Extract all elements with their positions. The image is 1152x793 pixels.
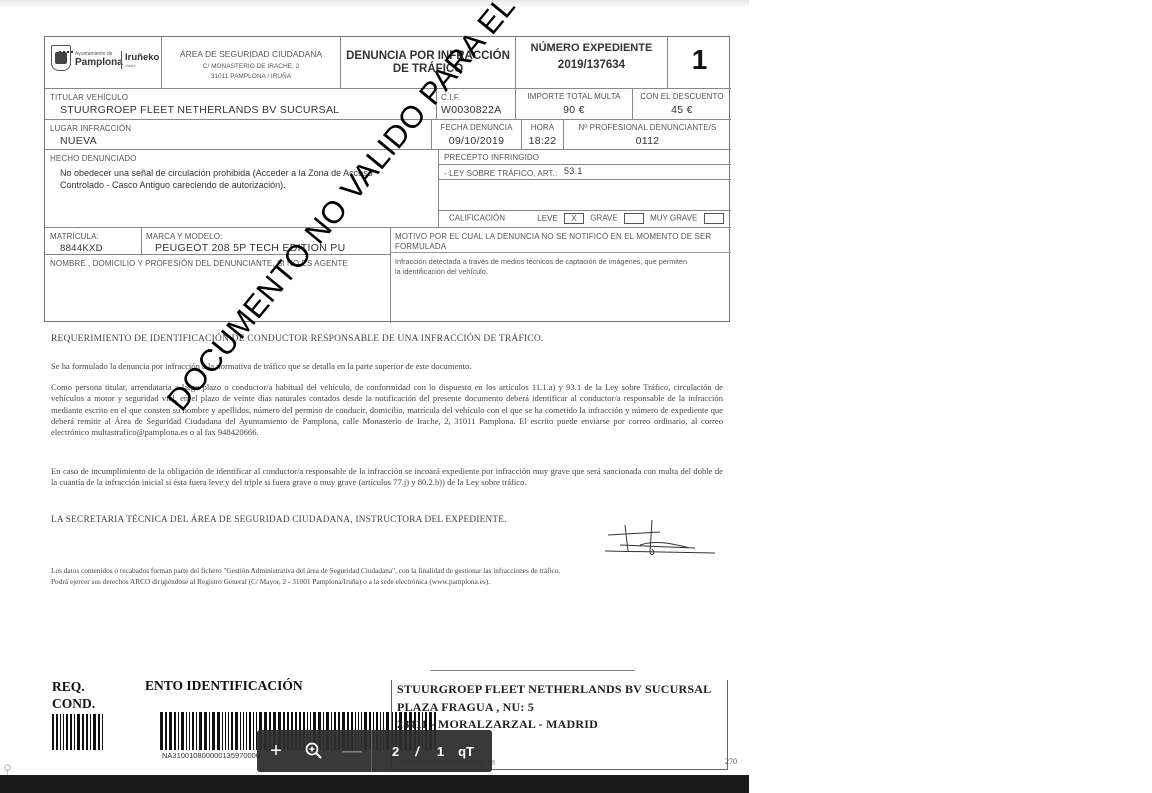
area-cell: ÁREA DE SEGURIDAD CIUDADANA C/ MONASTERI… [162,37,341,89]
copy-number-cell: 1 [668,37,731,89]
matricula-label: MATRÍCULA: [50,232,99,241]
minus-icon: — [342,740,362,763]
plus-icon: + [270,740,282,763]
hecho-label: HECHO DENUNCIADO [50,154,137,163]
signature-icon [600,515,720,560]
privacy-line-1: Los datos contenidos o recabados forman … [51,566,731,577]
precepto-blank-cell [439,180,731,211]
area-title: ÁREA DE SEGURIDAD CIUDADANA [162,49,340,59]
motivo-label-2: FORMULADA [395,242,446,251]
zoom-in-button[interactable]: + [257,730,295,772]
titular-cell: TITULAR VEHÍCULO STUURGROEP FLEET NETHER… [45,89,437,120]
area-address-2: 31011 PAMPLONA / IRUÑA [162,73,340,80]
calificacion-row: CALIFICACIÓN LEVE X GRAVE MUY GRAVE [449,213,728,224]
barcode-left [52,714,105,750]
scan-artifact-icon: ⚲ [3,762,12,775]
hora-value: 18:22 [522,135,563,147]
requerimiento-title: REQUERIMIENTO DE IDENTIFICACIÓN DE CONDU… [51,334,543,344]
fecha-value: 09/10/2019 [432,135,521,147]
logo-cell: Ayuntamiento de Pamplona Iruñeko Udala [45,37,162,89]
precepto-value: - LEY SOBRE TRÁFICO, ART.: [444,169,557,178]
viewer-bottom-bar [0,775,749,793]
expediente-cell: NÚMERO EXPEDIENTE 2019/137634 [516,37,668,89]
hecho-line-2: Controlado - Casco Antiguo careciendo de… [60,180,286,190]
nombre-cell: NOMBRE , DOMICILIO Y PROFESIÓN DEL DENUN… [45,255,391,323]
magnifier-plus-icon [305,742,323,760]
fecha-cell: FECHA DENUNCIA 09/10/2019 [432,120,522,150]
page-code: 270 [725,757,737,766]
zoom-out-button[interactable]: — [333,730,371,772]
page-separator: / [415,744,419,759]
expediente-value: 2019/137634 [516,59,667,71]
paragraph-2: Como persona titular, arrendataria a lar… [51,382,723,438]
paragraph-1: Se ha formulado la denuncia por infracci… [51,361,723,372]
descuento-cell: CON EL DESCUENTO 45 € [633,89,731,120]
matricula-value: 8844KXD [60,243,103,254]
recipient-name: STUURGROEP FLEET NETHERLANDS BV SUCURSAL [397,682,711,697]
slip-title-left-1: REQ. [52,679,85,695]
expediente-label: NÚMERO EXPEDIENTE [516,42,667,54]
importe-cell: IMPORTE TOTAL MULTA 90 € [516,89,633,120]
calificacion-label: CALIFICACIÓN [449,214,505,223]
muy-grave-label: MUY GRAVE [650,214,697,223]
calificacion-cell: CALIFICACIÓN LEVE X GRAVE MUY GRAVE [439,211,731,228]
rotate-button[interactable]: qT [458,744,474,759]
profesional-label: Nº PROFESIONAL DENUNCIANTE/S [564,123,731,132]
pdf-viewer-toolbar: + — 2 / 1 qT [257,730,492,772]
descuento-value: 45 € [633,104,731,116]
precepto-value-cell: - LEY SOBRE TRÁFICO, ART.: 53.1 [439,165,731,180]
area-address-1: C/ MONASTERIO DE IRACHE, 2 [162,63,340,70]
logo-basque-sub: Udala [125,63,135,68]
precepto-label-cell: PRECEPTO INFRINGIDO [439,150,731,165]
profesional-cell: Nº PROFESIONAL DENUNCIANTE/S 0112 [564,120,731,150]
paragraph-3: En caso de incumplimiento de la obligaci… [51,466,723,489]
descuento-label: CON EL DESCUENTO [633,92,731,101]
document-page: Ayuntamiento de Pamplona Iruñeko Udala Á… [0,0,749,775]
slip-title-right: ENTO IDENTIFICACIÓN [145,678,303,694]
precepto-article: 53.1 [564,166,583,176]
hora-cell: HORA 18:22 [522,120,564,150]
logo-basque: Iruñeko [125,52,159,63]
fecha-label: FECHA DENUNCIA [432,123,521,132]
copy-number: 1 [668,44,731,76]
recipient-street: PLAZA FRAGUA , NU: 5 [397,700,534,715]
grave-label: GRAVE [590,214,617,223]
grave-checkbox [624,213,644,224]
importe-value: 90 € [516,104,632,116]
precepto-label: PRECEPTO INFRINGIDO [444,153,539,162]
hecho-line-1: No obedecer una señal de circulación pro… [60,168,373,178]
page-indicator: 2 / 1 qT [372,744,474,759]
leve-checkbox: X [564,213,584,224]
slip-divider [430,670,635,671]
profesional-value: 0112 [564,135,731,147]
titular-value: STUURGROEP FLEET NETHERLANDS BV SUCURSAL [60,104,339,116]
lugar-label: LUGAR INFRACCIÓN [50,124,131,133]
leve-label: LEVE [537,214,557,223]
signatory: LA SECRETARIA TÉCNICA DEL ÁREA DE SEGURI… [51,515,507,525]
cif-value: W0030822A [441,104,502,116]
total-pages: 1 [437,744,444,759]
motivo-cell: MOTIVO POR EL CUAL LA DENUNCIA NO SE NOT… [391,228,731,323]
hora-label: HORA [522,123,563,132]
logo-city: Pamplona [75,57,123,68]
titular-label: TITULAR VEHÍCULO [50,93,128,102]
motivo-label-1: MOTIVO POR EL CUAL LA DENUNCIA NO SE NOT… [395,232,711,241]
lugar-value: NUEVA [60,135,97,147]
page-top-shadow [0,0,749,8]
muy-grave-checkbox [704,213,724,224]
pamplona-coat-of-arms-icon [51,45,71,71]
motivo-value-2: la identificación del vehículo. [395,267,488,276]
current-page[interactable]: 2 [392,744,399,759]
denuncia-form: Ayuntamiento de Pamplona Iruñeko Udala Á… [44,36,730,322]
privacy-line-2: Podrá ejercer sus derechos ARCO dirigién… [51,577,731,588]
motivo-value-1: Infracción detectada a través de medios … [395,257,687,266]
logo-separator [121,51,122,69]
marca-label: MARCA Y MODELO: [146,232,222,241]
importe-label: IMPORTE TOTAL MULTA [516,92,632,101]
zoom-fit-button[interactable] [295,730,333,772]
slip-title-left-2: COND. [52,696,95,712]
matricula-cell: MATRÍCULA: 8844KXD [45,228,142,255]
barcode-number: NA310010800000135970000 [162,751,260,760]
marca-cell: MARCA Y MODELO: PEUGEOT 208 5P TECH EDIT… [142,228,391,255]
